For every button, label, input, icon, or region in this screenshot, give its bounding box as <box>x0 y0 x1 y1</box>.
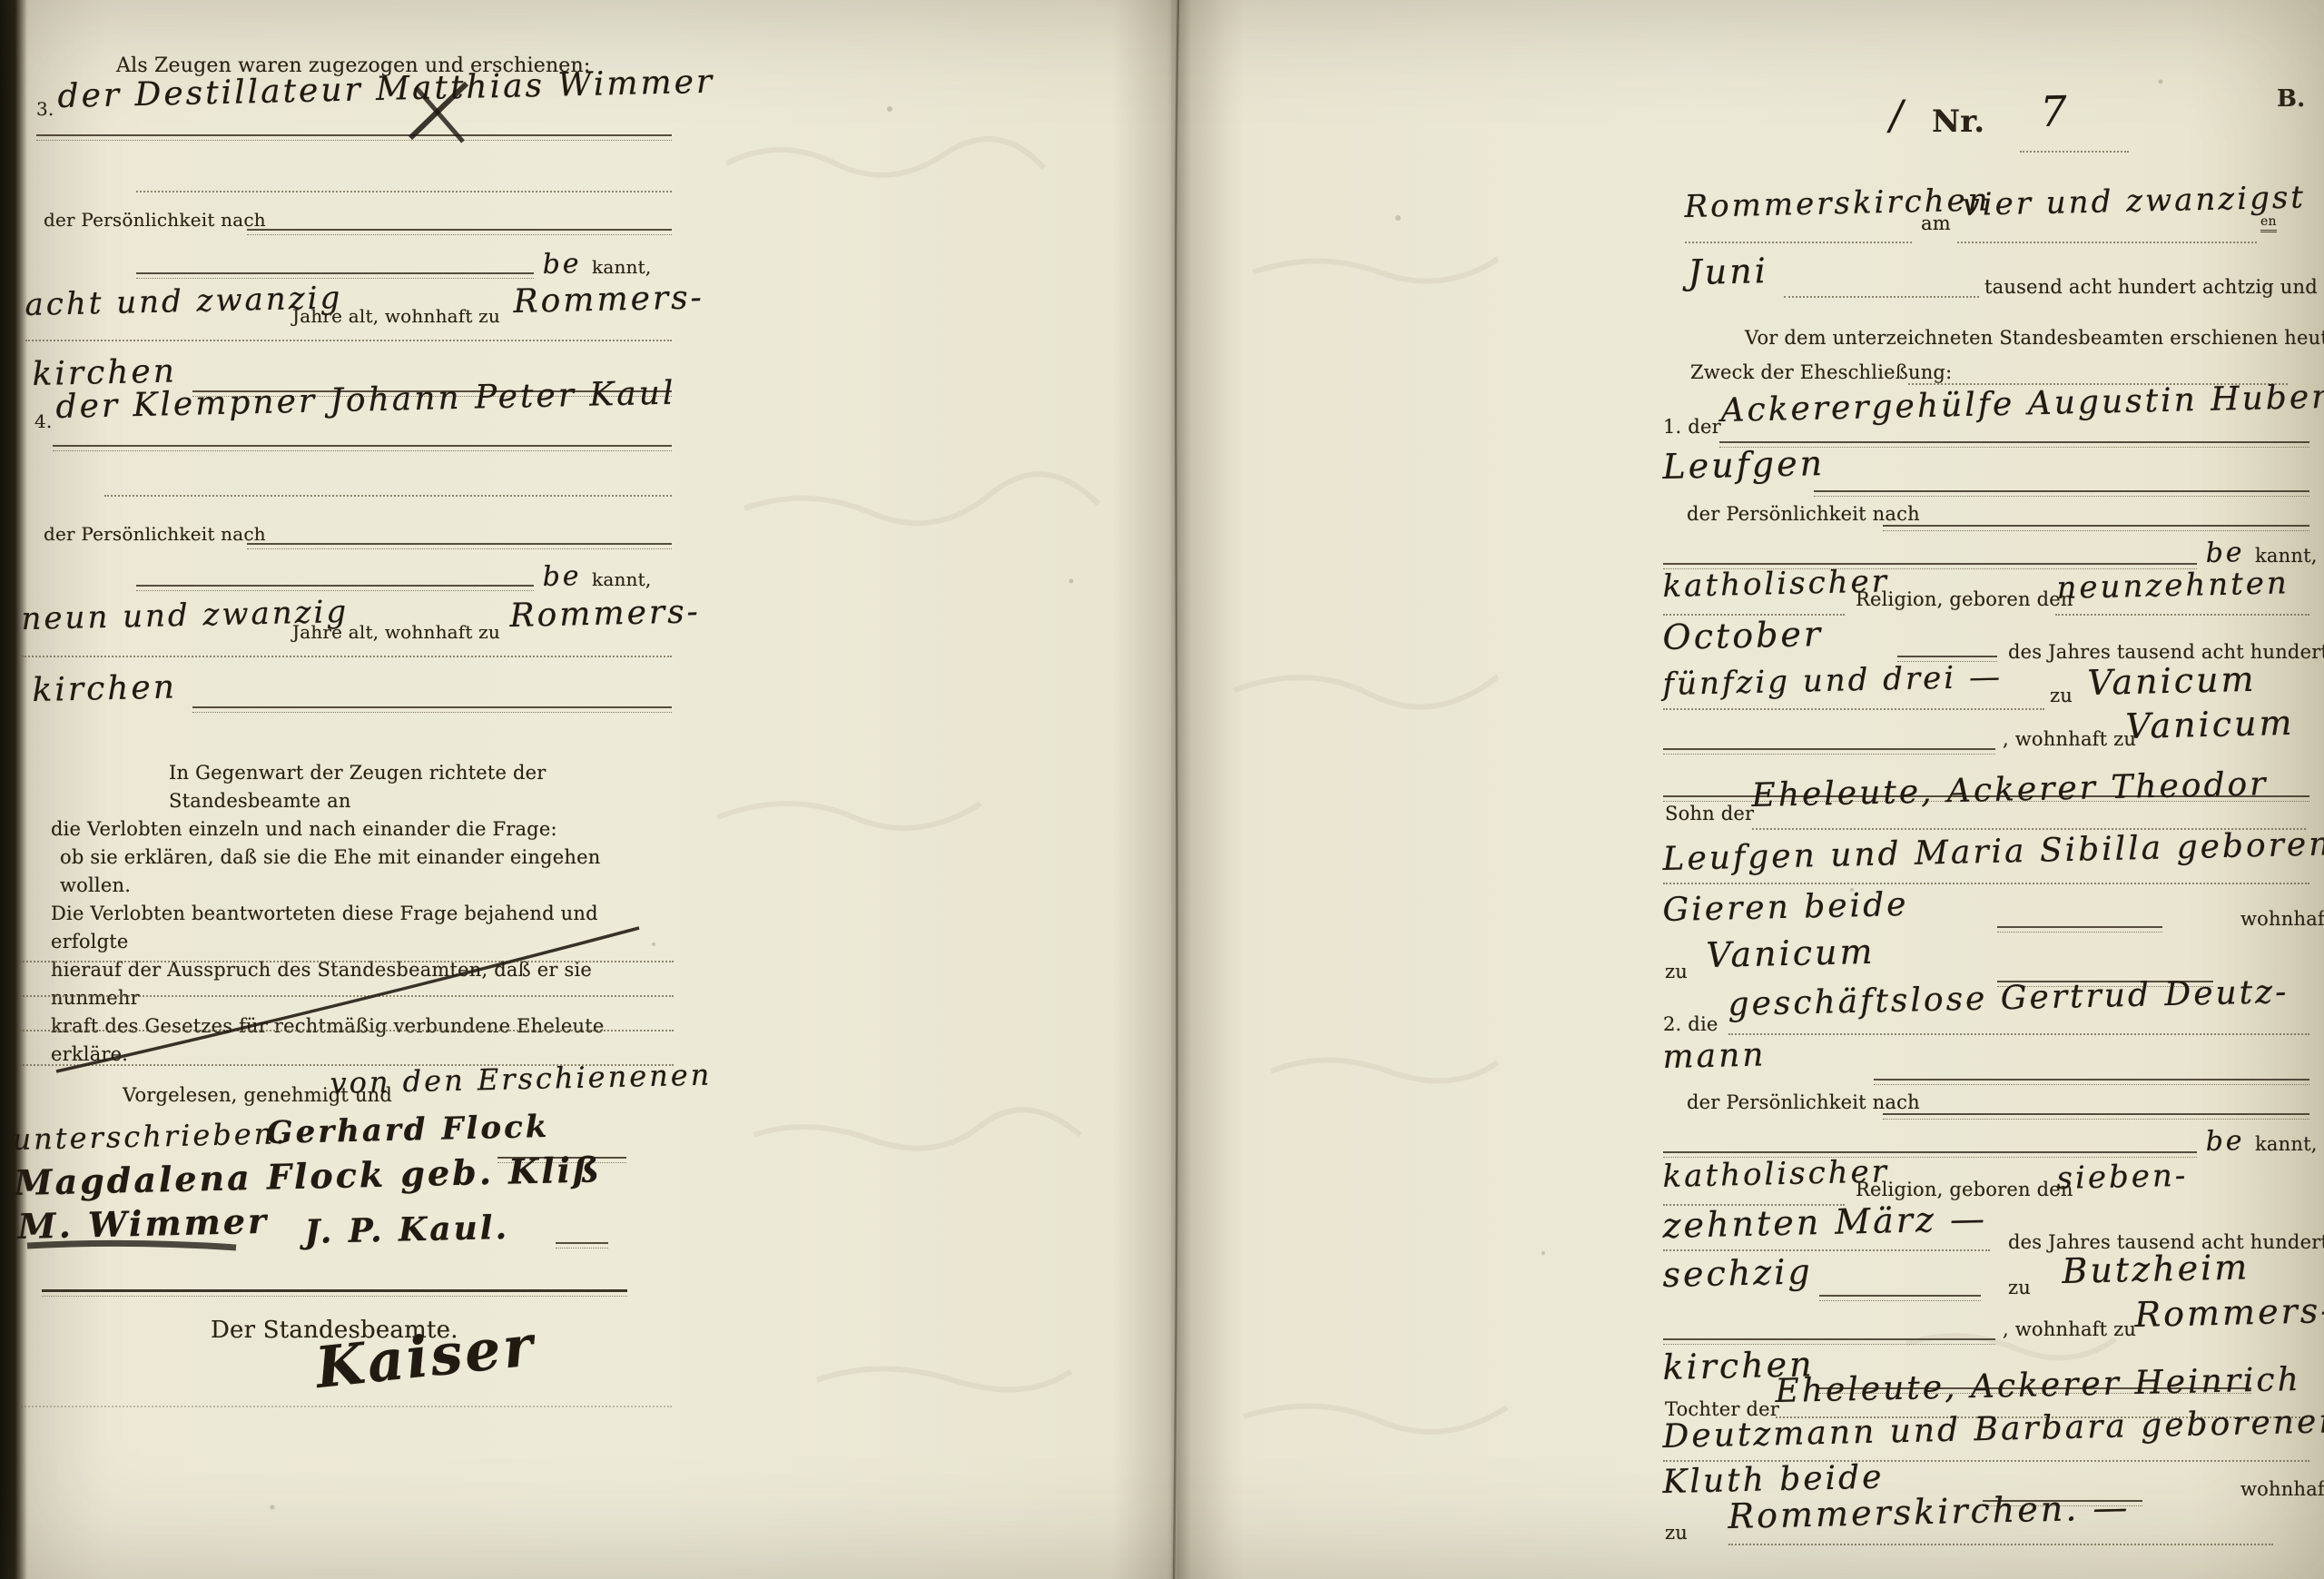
zu-label: zu <box>2050 685 2073 706</box>
kannt-label: kannt, <box>592 256 651 278</box>
dotted-rule <box>1685 242 1912 244</box>
declaration-line: Die Verlobten beantworteten diese Frage … <box>51 900 668 956</box>
dotted-rule <box>1784 296 1979 299</box>
groom-name-handwritten-2: Leufgen <box>1662 443 1826 487</box>
witness4-number: 4. <box>34 410 52 432</box>
bride-residence-handwritten-1: Rommers- <box>2134 1290 2324 1335</box>
dotted-rule <box>1728 1544 2273 1546</box>
intro-line-2: Zweck der Eheschließung: <box>1690 361 1952 383</box>
personality-label: der Persönlichkeit nach <box>1687 503 1920 525</box>
zu-label: zu <box>1665 1522 1688 1544</box>
be-particle: be <box>542 248 582 281</box>
form-rule <box>1663 1338 1995 1345</box>
section-divider-rule <box>42 1289 627 1297</box>
groom-parents-residence-handwritten: Vanicum <box>1706 932 1876 975</box>
day-handwritten: vier und zwanzigst <box>1962 179 2306 223</box>
bride-birthday-handwritten-2: zehnten März — <box>1662 1199 1988 1246</box>
groom-birthyear-handwritten: fünfzig und drei — <box>1662 659 2003 703</box>
form-rule <box>1883 525 2309 531</box>
witness3-residence-handwritten: Rommers- <box>513 279 704 321</box>
groom-birthmonth-handwritten: October <box>1662 614 1824 657</box>
dotted-rule <box>20 995 674 998</box>
be-particle: be <box>2205 1125 2245 1158</box>
day-suffix-label: en <box>2260 214 2277 232</box>
groom-birthday-handwritten: neunzehnten <box>2056 565 2290 607</box>
groom-birthplace-handwritten: Vanicum <box>2087 659 2257 703</box>
religion-born-label: Religion, geboren den <box>1856 588 2073 610</box>
record-number-label: Nr. <box>1932 104 1984 140</box>
dotted-rule <box>1663 1249 1990 1252</box>
check-mark-handwritten: / <box>1889 93 1906 139</box>
dotted-rule <box>2055 614 2309 617</box>
form-rule <box>1997 926 2162 933</box>
form-rule <box>556 1242 608 1248</box>
bride-birthyear-handwritten: sechzig <box>1662 1251 1813 1295</box>
form-rule <box>247 543 672 549</box>
declaration-line: ob sie erklären, daß sie die Ehe mit ein… <box>51 844 668 900</box>
witness4-residence-handwritten-2: kirchen <box>32 668 177 709</box>
dotted-rule <box>1663 883 2309 885</box>
resident-of-label: , wohnhaft zu <box>2003 728 2136 750</box>
am-label: am <box>1921 212 1951 234</box>
be-particle: be <box>2205 537 2245 569</box>
personality-label: der Persönlichkeit nach <box>44 209 266 231</box>
kannt-label: kannt, <box>2255 1133 2318 1155</box>
resident-label: wohnhaft <box>2240 1478 2324 1500</box>
signed-word-handwritten: unterschrieben. <box>12 1116 288 1157</box>
record-number-value: 7 <box>2040 86 2070 136</box>
resident-of-label: , wohnhaft zu <box>2003 1318 2136 1340</box>
dotted-rule <box>136 191 672 193</box>
registry-book-scan: Als Zeugen waren zugezogen und erschiene… <box>0 0 2324 1579</box>
year-printed: tausend acht hundert achtzig und zwei. <box>1984 276 2324 298</box>
bride-name-handwritten-2: mann <box>1662 1036 1767 1076</box>
dotted-rule <box>1663 708 2044 711</box>
form-rule <box>1814 490 2309 497</box>
kannt-label: kannt, <box>2255 545 2318 567</box>
dotted-rule <box>20 1030 674 1032</box>
corner-letter: B. <box>2277 85 2305 113</box>
declaration-line: die Verlobten einzeln und nach einander … <box>51 815 668 844</box>
be-particle: be <box>542 560 582 593</box>
groom-number: 1. der <box>1663 416 1721 438</box>
dotted-rule <box>18 1406 672 1408</box>
signature-wimmer: M. Wimmer <box>17 1200 270 1247</box>
personality-label: der Persönlichkeit nach <box>44 523 266 545</box>
book-edge <box>0 0 27 1579</box>
bride-birthday-handwritten-1: sieben- <box>2056 1158 2189 1197</box>
dotted-rule <box>22 656 672 658</box>
form-rule <box>1663 748 1995 755</box>
form-rule <box>136 272 534 279</box>
declaration-paragraph: In Gegenwart der Zeugen richtete der Sta… <box>51 759 668 1069</box>
witness3-number: 3. <box>36 98 54 120</box>
dotted-rule <box>104 495 672 498</box>
signature-gerhard-flock: Gerhard Flock <box>266 1109 550 1151</box>
personality-label: der Persönlichkeit nach <box>1687 1091 1920 1113</box>
kannt-label: kannt, <box>592 568 651 590</box>
form-rule <box>247 229 672 235</box>
age-residence-label: Jahre alt, wohnhaft zu <box>292 305 500 327</box>
zu-label: zu <box>1665 961 1688 982</box>
form-rule <box>36 134 672 141</box>
form-rule <box>1874 1079 2309 1085</box>
bride-number: 2. die <box>1663 1013 1718 1035</box>
religion-born-label: Religion, geboren den <box>1856 1179 2073 1200</box>
month-handwritten: Juni <box>1688 251 1768 292</box>
resident-label: wohnhaft <box>2240 908 2324 930</box>
declaration-line: hierauf der Ausspruch des Standesbeamten… <box>51 956 668 1012</box>
dotted-rule <box>1957 242 2257 244</box>
form-rule <box>192 706 672 713</box>
age-residence-label: Jahre alt, wohnhaft zu <box>292 621 500 643</box>
dotted-rule <box>1728 1033 2309 1036</box>
zu-label: zu <box>2008 1277 2031 1298</box>
form-rule <box>136 585 534 591</box>
signature-kaul: J. P. Kaul. <box>304 1209 509 1251</box>
form-rule <box>1819 1295 1981 1301</box>
year-of-label: des Jahres tausend acht hundert <box>2008 641 2324 663</box>
form-rule <box>53 445 672 451</box>
witness4-residence-handwritten: Rommers- <box>509 593 701 635</box>
declaration-line: In Gegenwart der Zeugen richtete der Sta… <box>51 759 668 815</box>
dotted-rule <box>20 961 674 963</box>
groom-residence-handwritten: Vanicum <box>2125 703 2295 746</box>
groom-parents-handwritten-3: Gieren beide <box>1662 886 1909 929</box>
form-rule <box>1883 1113 2309 1120</box>
intro-line-1: Vor dem unterzeichneten Standesbeamten e… <box>1745 327 2324 349</box>
son-of-label: Sohn der <box>1665 803 1754 824</box>
dotted-rule <box>25 340 672 342</box>
dotted-rule <box>2020 151 2129 153</box>
bride-birthplace-handwritten: Butzheim <box>2062 1247 2250 1291</box>
